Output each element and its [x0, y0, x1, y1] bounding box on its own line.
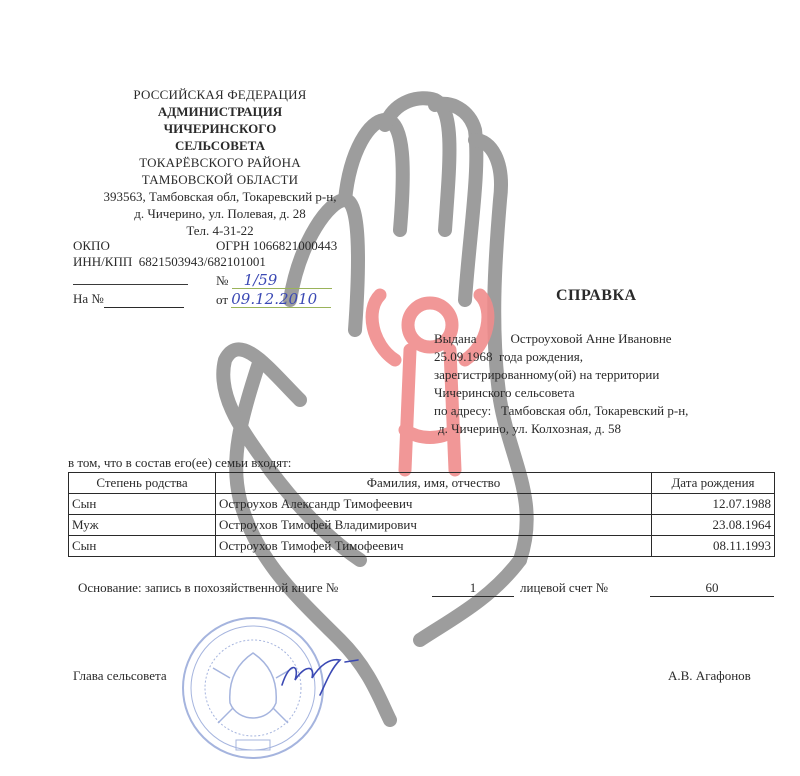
column-header-name: Фамилия, имя, отчество [216, 473, 652, 494]
signature-icon [270, 640, 380, 700]
inn-kpp-value: 6821503943/682101001 [139, 254, 266, 269]
table-header-row: Степень родства Фамилия, имя, отчество Д… [69, 473, 775, 494]
relation-cell: Сын [69, 494, 216, 515]
inn-kpp-label: ИНН/КПП [73, 254, 132, 269]
header-line: ТАМБОВСКОЙ ОБЛАСТИ [60, 171, 380, 188]
relation-cell: Муж [69, 515, 216, 536]
relation-cell: Сын [69, 536, 216, 557]
name-cell: Остроухов Тимофей Тимофеевич [216, 536, 652, 557]
number-value: 1/59 [232, 272, 332, 289]
table-row: Сын Остроухов Александр Тимофеевич 12.07… [69, 494, 775, 515]
account-number: 60 [650, 580, 774, 597]
table-row: Сын Остроухов Тимофей Тимофеевич 08.11.1… [69, 536, 775, 557]
family-intro: в том, что в состав его(ее) семьи входят… [68, 455, 291, 471]
okpo-label: ОКПО [73, 238, 110, 254]
issued-label: Выдана [434, 331, 477, 346]
address-label: по адресу: [434, 403, 491, 418]
inn-kpp: ИНН/КПП 6821503943/682101001 [73, 254, 266, 270]
council-text: Чичеринского сельсовета [434, 384, 688, 402]
from-value: 09.12.2010 [231, 291, 331, 308]
birth-date: 25.09.1968 [434, 349, 493, 364]
name-cell: Остроухов Александр Тимофеевич [216, 494, 652, 515]
header-address: д. Чичерино, ул. Полевая, д. 28 [60, 205, 380, 222]
header-address: 393563, Тамбовская обл, Токаревский р-н, [60, 188, 380, 205]
registered-text: зарегистрированному(ой) на территории [434, 366, 688, 384]
column-header-date: Дата рождения [652, 473, 775, 494]
sender-header: РОССИЙСКАЯ ФЕДЕРАЦИЯ АДМИНИСТРАЦИЯ ЧИЧЕР… [60, 86, 380, 239]
date-cell: 08.11.1993 [652, 536, 775, 557]
address-line1: Тамбовская обл, Токаревский р-н, [501, 403, 688, 418]
header-line: РОССИЙСКАЯ ФЕДЕРАЦИЯ [60, 86, 380, 103]
basis-label: Основание: запись в похозяйственной книг… [78, 580, 338, 596]
header-phone: Тел. 4-31-22 [60, 222, 380, 239]
outgoing-date: от 09.12.2010 [216, 291, 331, 308]
header-line: СЕЛЬСОВЕТА [60, 137, 380, 154]
ogrn: ОГРН 1066821000443 [216, 238, 337, 254]
certificate-body: ВыданаОстроуховой Анне Ивановне 25.09.19… [434, 330, 688, 438]
book-number: 1 [432, 580, 514, 597]
header-line: ТОКАРЁВСКОГО РАЙОНА [60, 154, 380, 171]
column-header-relation: Степень родства [69, 473, 216, 494]
family-table: Степень родства Фамилия, имя, отчество Д… [68, 472, 775, 557]
name-cell: Остроухов Тимофей Владимирович [216, 515, 652, 536]
issued-to: Остроуховой Анне Ивановне [511, 331, 672, 346]
table-row: Муж Остроухов Тимофей Владимирович 23.08… [69, 515, 775, 536]
header-line: ЧИЧЕРИНСКОГО [60, 120, 380, 137]
date-cell: 23.08.1964 [652, 515, 775, 536]
from-label: от [216, 292, 228, 307]
address-line2: д. Чичерино, ул. Колхозная, д. 58 [434, 420, 688, 438]
document-title: СПРАВКА [556, 287, 637, 305]
ref-label: На № [73, 291, 104, 306]
signatory-position: Глава сельсовета [73, 668, 167, 684]
account-label: лицевой счет № [520, 580, 608, 596]
outgoing-number: № 1/59 [216, 272, 332, 289]
number-label: № [216, 273, 228, 288]
date-cell: 12.07.1988 [652, 494, 775, 515]
header-line: АДМИНИСТРАЦИЯ [60, 103, 380, 120]
signatory-name: А.В. Агафонов [668, 668, 751, 684]
ref-blank-line [73, 284, 188, 285]
birth-suffix: года рождения, [499, 349, 583, 364]
ref-number: На № [73, 291, 184, 308]
